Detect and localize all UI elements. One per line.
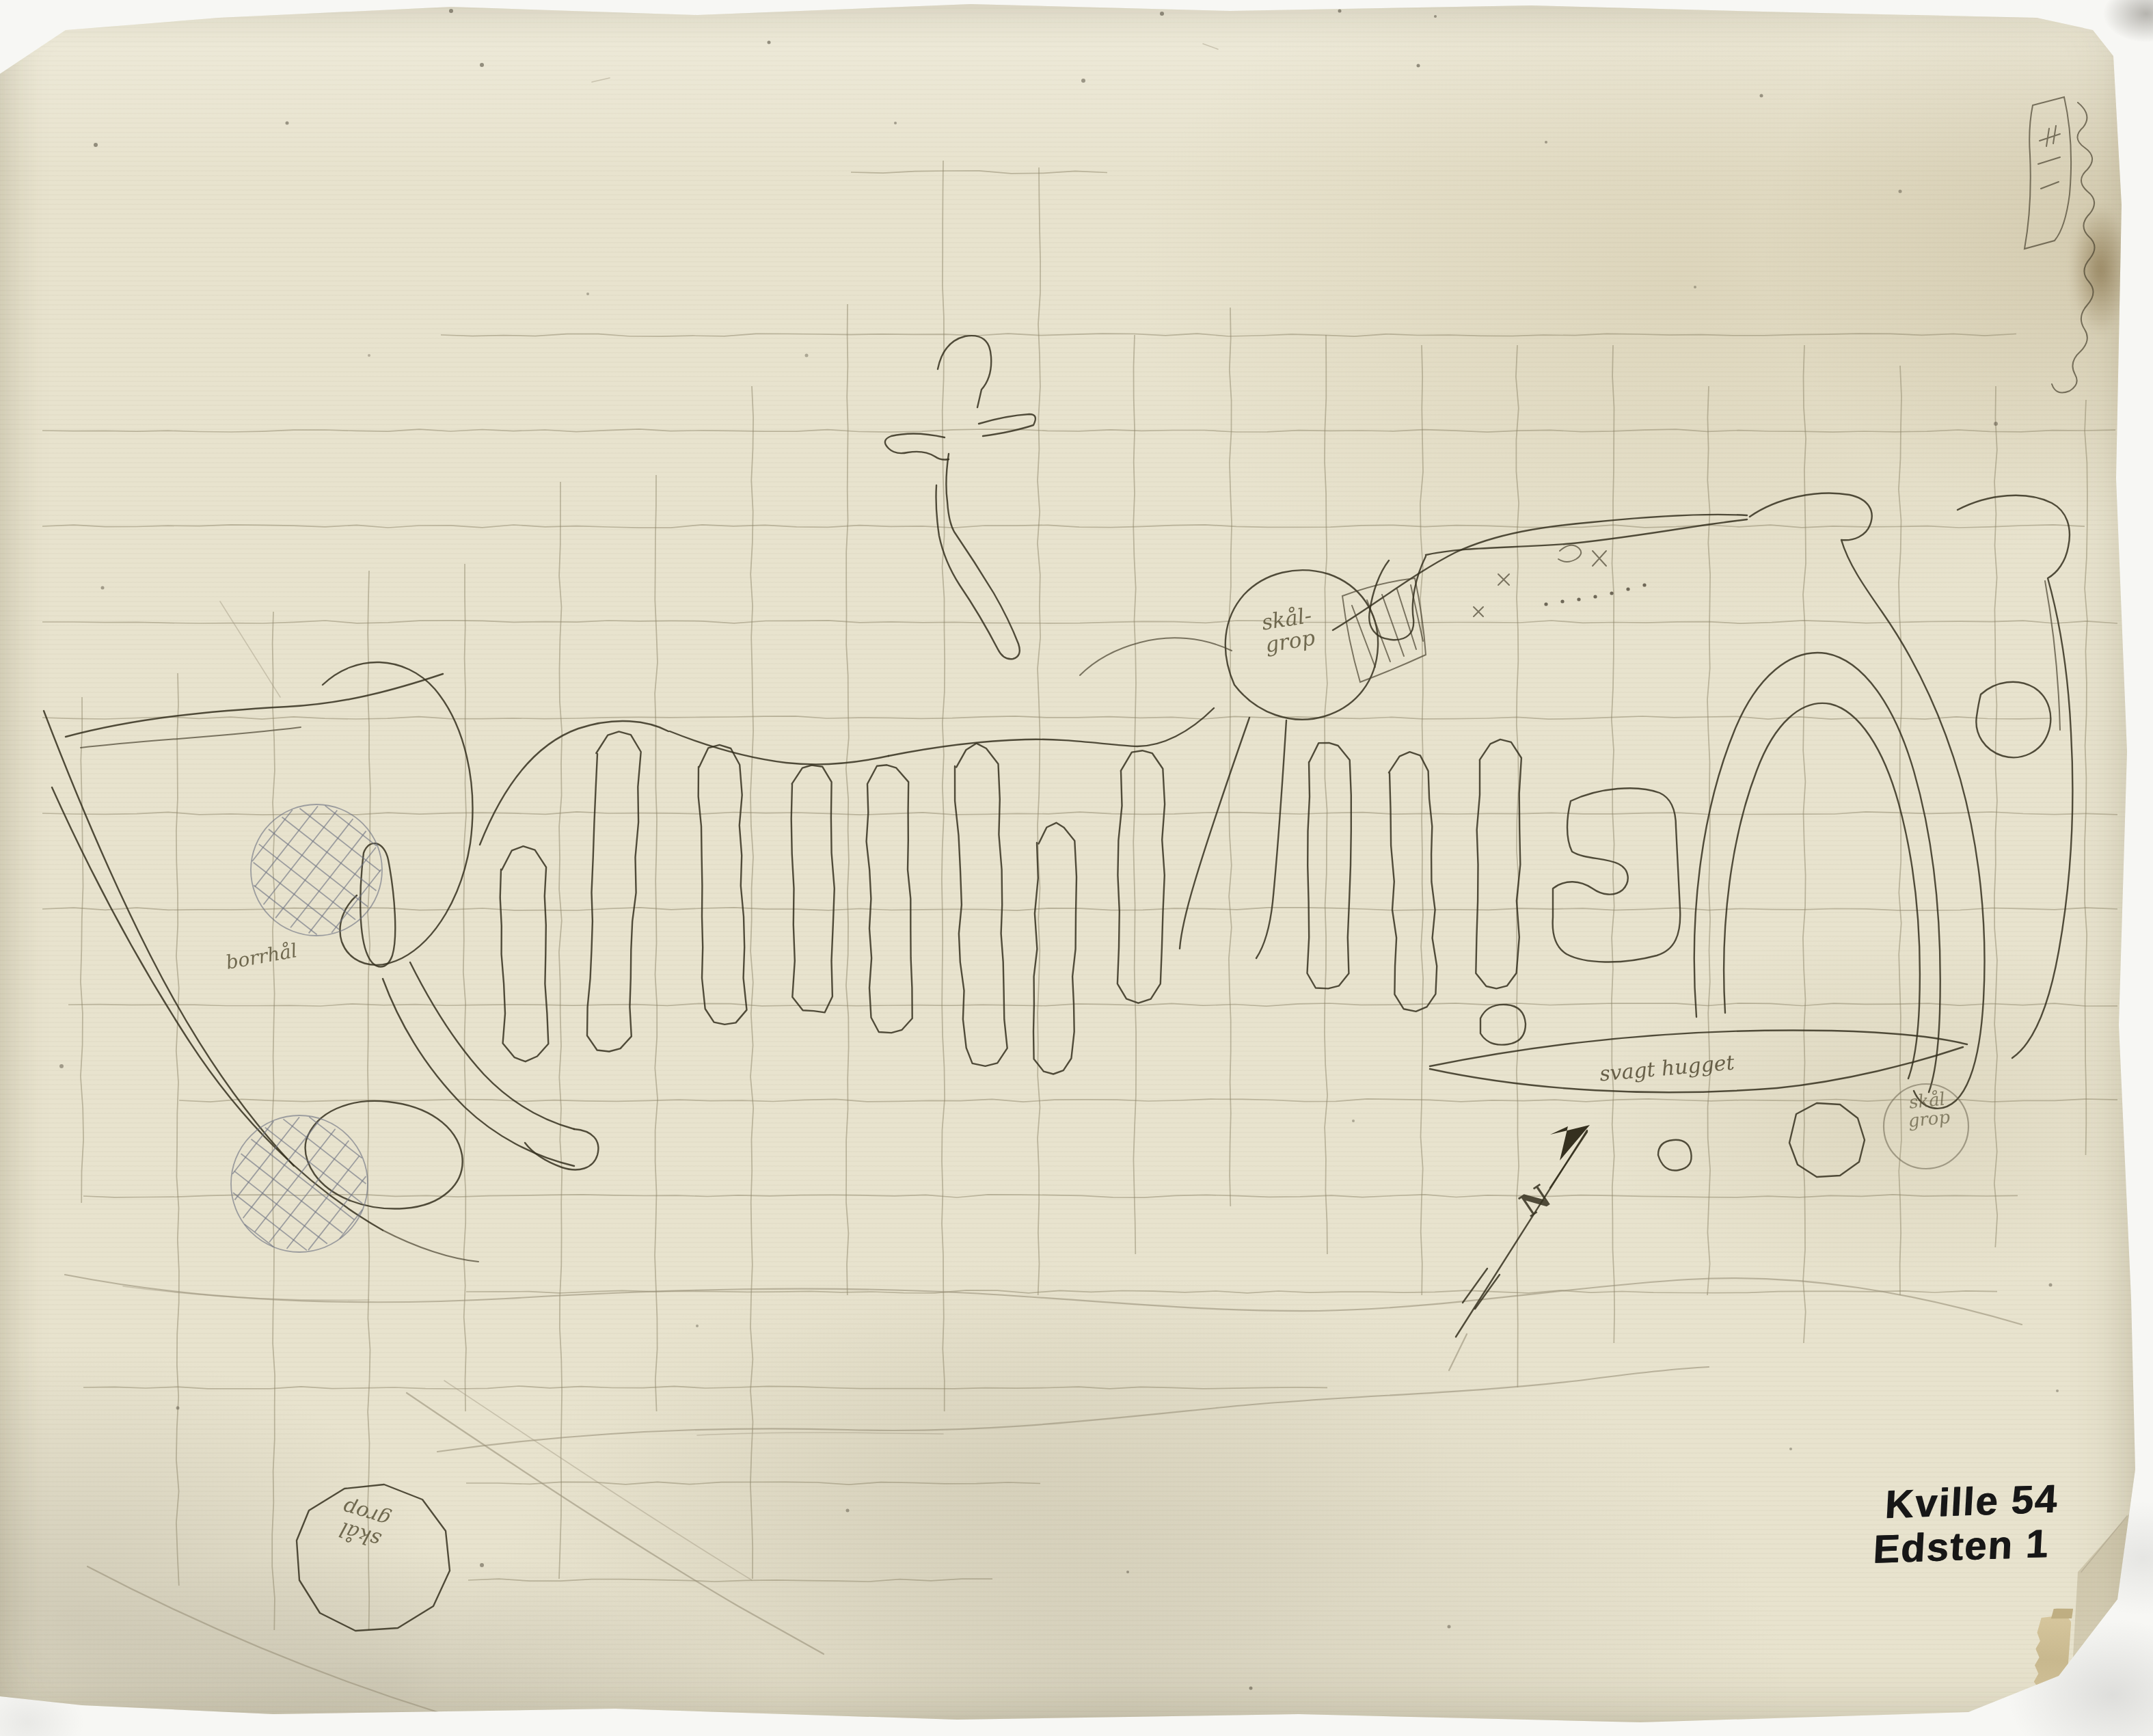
paper-sheet: N skål- grop skål grop skål grop b <box>0 0 2153 1736</box>
corner-pencil-inscription <box>2025 97 2095 392</box>
north-letter: N <box>1513 1178 1558 1224</box>
north-arrow-icon: N <box>1449 1125 1590 1370</box>
site-label-line2: Edsten 1 <box>1872 1522 2057 1573</box>
scanned-drawing-page: N skål- grop skål grop skål grop b <box>0 0 2153 1736</box>
carving-lobes <box>500 731 1521 1074</box>
drill-hole-hatched-circles <box>231 804 382 1252</box>
site-label-line1: Kville 54 <box>1884 1476 2059 1527</box>
site-label: Kville 54 Edsten 1 <box>1882 1477 2059 1572</box>
dirt-specks <box>59 7 2059 1690</box>
pencil-drawing: N <box>0 0 2153 1736</box>
carving-outlines <box>44 336 2072 1631</box>
